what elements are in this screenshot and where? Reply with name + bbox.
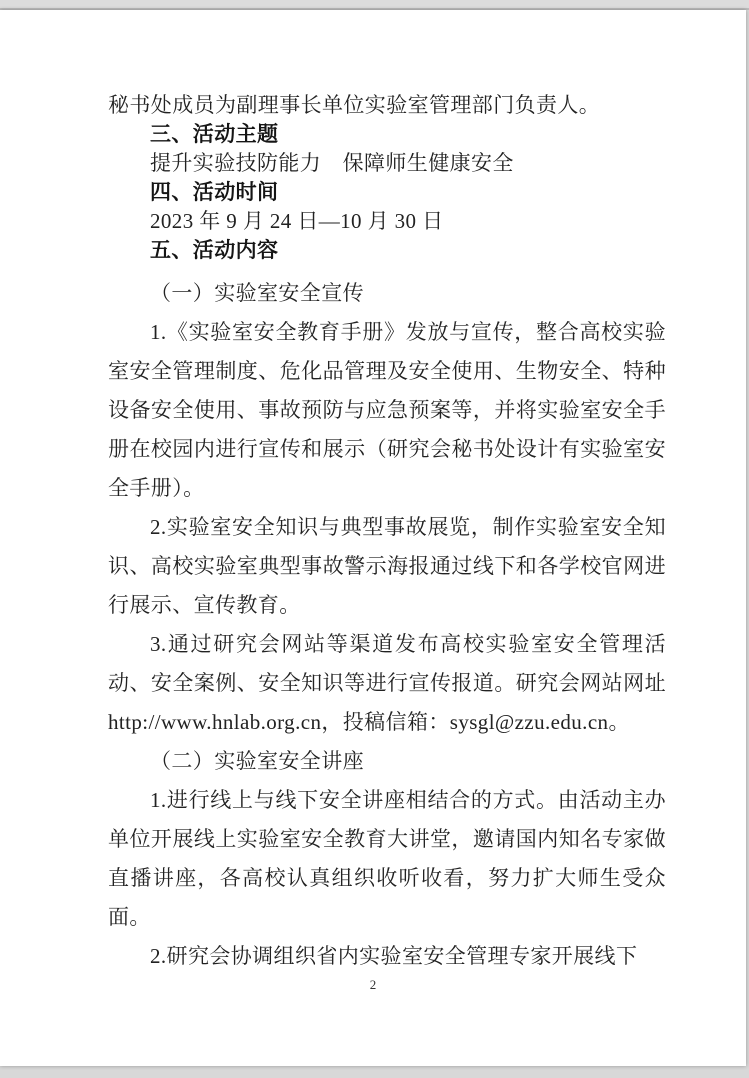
section-heading-activity-time: 四、活动时间 <box>108 178 666 207</box>
section-heading-activity-content: 五、活动内容 <box>108 236 666 265</box>
body-section: （一）实验室安全宣传 1.《实验室安全教育手册》发放与宣传，整合高校实验室安全管… <box>108 274 666 976</box>
subsection-1-title: （一）实验室安全宣传 <box>108 274 666 313</box>
activity-date-range: 2023 年 9 月 24 日—10 月 30 日 <box>108 207 666 236</box>
subsection-1-paragraph-1: 1.《实验室安全教育手册》发放与宣传，整合高校实验室安全管理制度、危化品管理及安… <box>108 313 666 508</box>
subsection-2-paragraph-1: 1.进行线上与线下安全讲座相结合的方式。由活动主办单位开展线上实验室安全教育大讲… <box>108 781 666 937</box>
carryover-paragraph-line: 秘书处成员为副理事长单位实验室管理部门负责人。 <box>108 91 666 120</box>
subsection-2-paragraph-2: 2.研究会协调组织省内实验室安全管理专家开展线下 <box>108 937 666 976</box>
page-number: 2 <box>0 977 746 993</box>
activity-theme-text: 提升实验技防能力 保障师生健康安全 <box>108 149 666 178</box>
section-heading-activity-theme: 三、活动主题 <box>108 120 666 149</box>
top-section: 秘书处成员为副理事长单位实验室管理部门负责人。 三、活动主题 提升实验技防能力 … <box>108 91 666 265</box>
document-viewer-canvas: 秘书处成员为副理事长单位实验室管理部门负责人。 三、活动主题 提升实验技防能力 … <box>0 0 749 1078</box>
subsection-1-paragraph-2: 2.实验室安全知识与典型事故展览，制作实验室安全知识、高校实验室典型事故警示海报… <box>108 508 666 625</box>
subsection-2-title: （二）实验室安全讲座 <box>108 742 666 781</box>
document-page: 秘书处成员为副理事长单位实验室管理部门负责人。 三、活动主题 提升实验技防能力 … <box>0 10 746 1066</box>
subsection-1-paragraph-3: 3.通过研究会网站等渠道发布高校实验室安全管理活动、安全案例、安全知识等进行宣传… <box>108 625 666 742</box>
